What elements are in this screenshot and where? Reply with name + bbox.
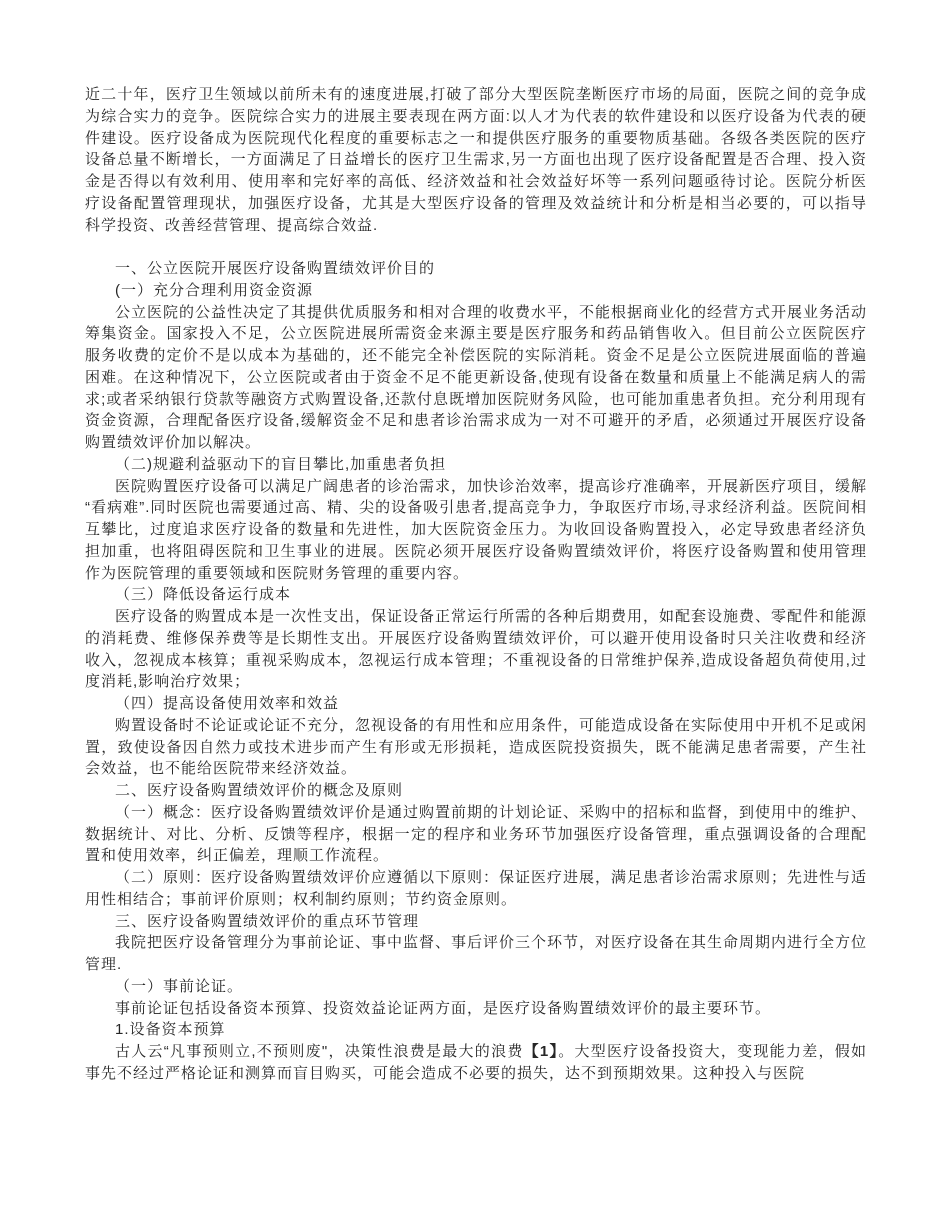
intro-paragraph: 近二十年，医疗卫生领域以前所未有的速度进展,打破了部分大型医院垄断医疗市场的局面… [85,84,867,236]
heading-section-1-4: （四）提高设备使用效率和效益 [85,693,867,715]
heading-section-3: 三、医疗设备购置绩效评价的重点环节管理 [85,911,867,933]
body-paragraph-lifecycle: 我院把医疗设备管理分为事前论证、事中监督、事后评价三个环节，对医疗设备在其生命周… [85,932,867,976]
body-paragraph-prior-demonstration: 事前论证包括设备资本预算、投资效益论证两方面，是医疗设备购置绩效评价的最主要环节… [85,998,867,1020]
heading-capital-budget: 1.设备资本预算 [85,1019,867,1041]
citation-marker: 【1】 [524,1043,559,1060]
document-page: 近二十年，医疗卫生领域以前所未有的速度进展,打破了部分大型医院垄断医疗市场的局面… [85,84,867,1085]
heading-section-1-1: (一）充分合理利用资金资源 [85,280,867,302]
body-paragraph-concept: （一）概念：医疗设备购置绩效评价是通过购置前期的计划论证、采购中的招标和监督，到… [85,802,867,867]
body-paragraph-operating-cost: 医疗设备的购置成本是一次性支出，保证设备正常运行所需的各种后期费用，如配套设施费… [85,606,867,693]
body-paragraph-funding: 公立医院的公益性决定了其提供优质服务和相对合理的收费水平，不能根据商业化的经营方… [85,302,867,454]
body-paragraph-competition: 医院购置医疗设备可以满足广阔患者的诊治需求，加快诊治效率，提高诊疗准确率，开展新… [85,476,867,585]
heading-section-3-1: （一）事前论证。 [85,976,867,998]
heading-section-1-3: （三）降低设备运行成本 [85,584,867,606]
heading-section-1: 一、公立医院开展医疗设备购置绩效评价目的 [85,258,867,280]
heading-section-2: 二、医疗设备购置绩效评价的概念及原则 [85,780,867,802]
body-paragraph-principles: （二）原则：医疗设备购置绩效评价应遵循以下原则：保证医疗进展，满足患者诊治需求原… [85,867,867,911]
body-paragraph-budget: 古人云“凡事预则立,不预则废"，决策性浪费是最大的浪费【1】。大型医疗设备投资大… [85,1041,867,1085]
body-paragraph-efficiency: 购置设备时不论证或论证不充分，忽视设备的有用性和应用条件，可能造成设备在实际使用… [85,715,867,780]
budget-text-before: 古人云“凡事预则立,不预则废"，决策性浪费是最大的浪费 [115,1043,524,1060]
heading-section-1-2: （二)规避利益驱动下的盲目攀比,加重患者负担 [85,454,867,476]
